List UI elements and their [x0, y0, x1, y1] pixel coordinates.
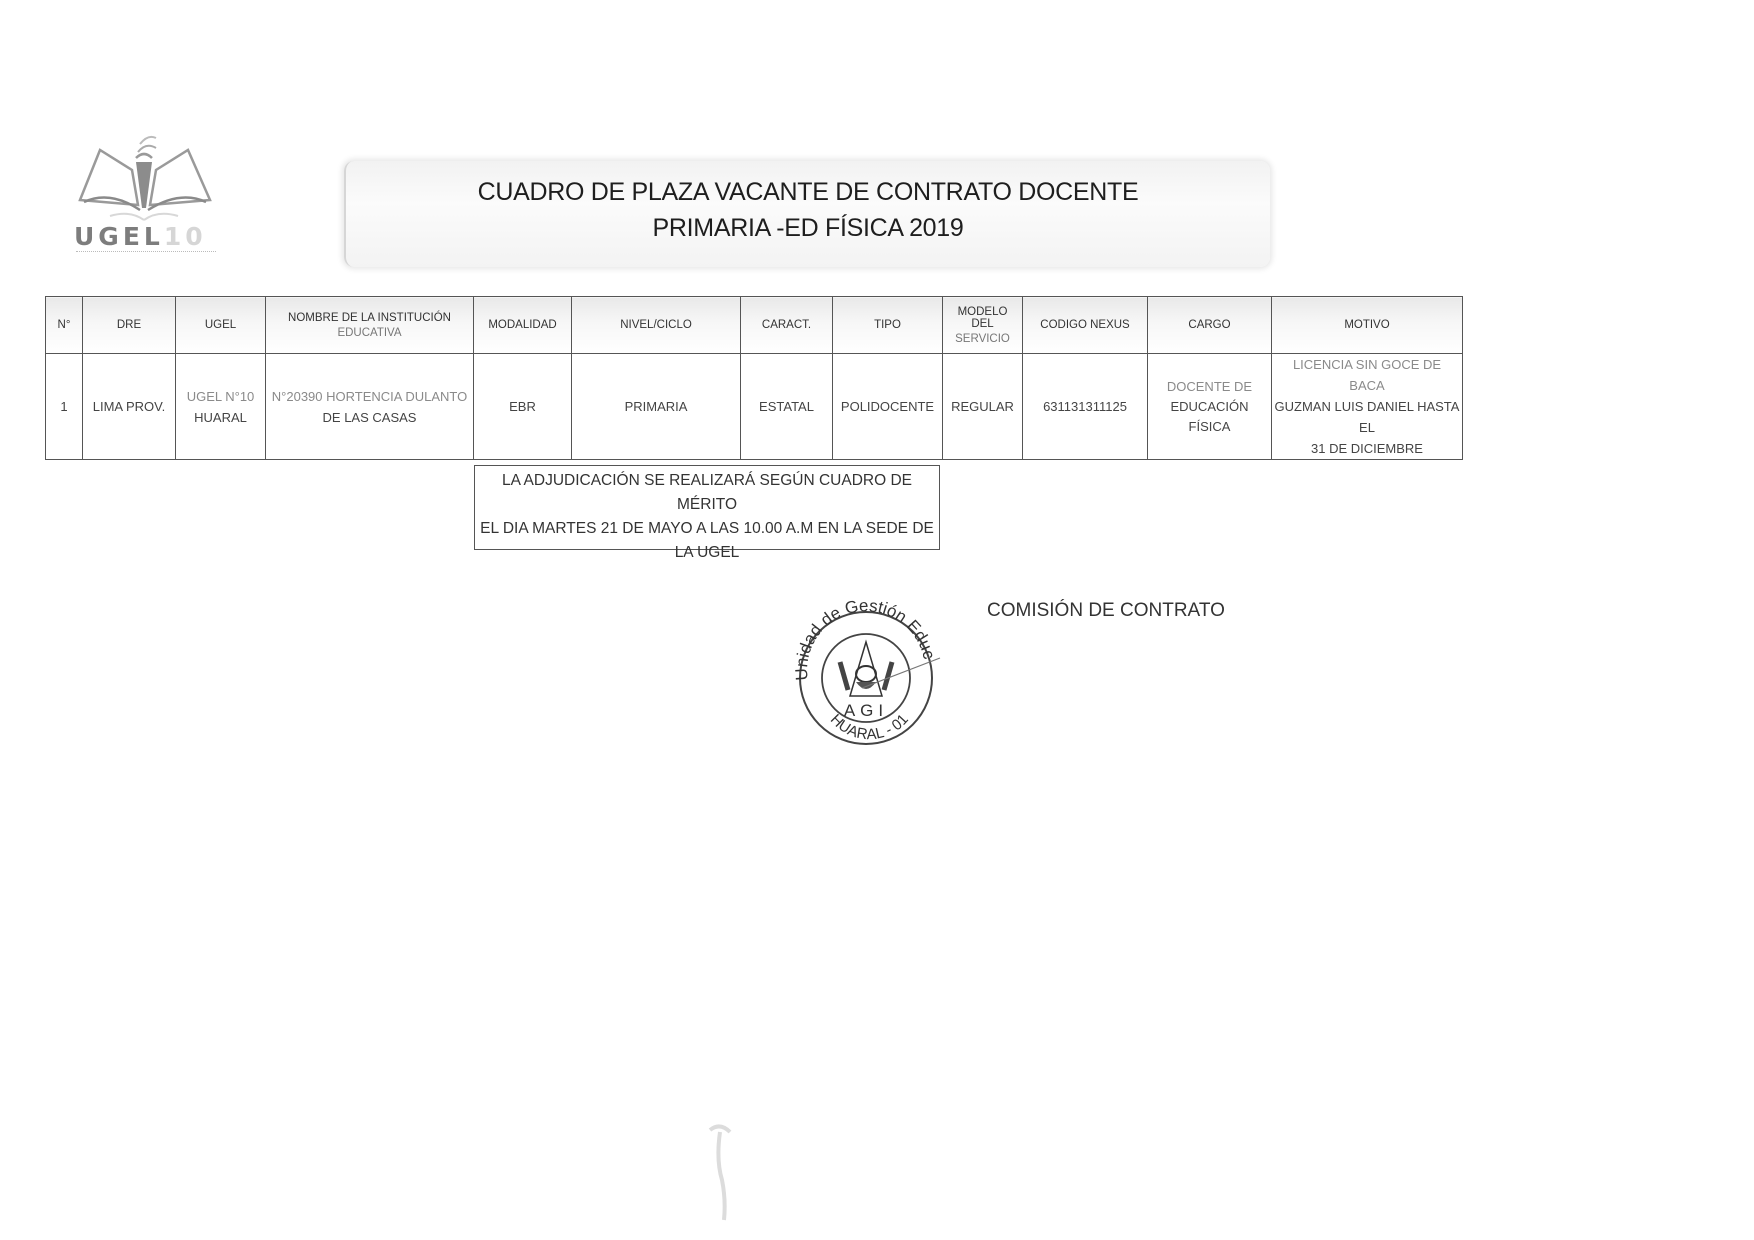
scan-artifact	[700, 1120, 740, 1230]
cell-caract: ESTATAL	[741, 354, 833, 460]
cell-nivel-ciclo: PRIMARIA	[572, 354, 741, 460]
col-caract: CARACT.	[741, 297, 833, 354]
page-title: CUADRO DE PLAZA VACANTE DE CONTRATO DOCE…	[346, 178, 1270, 207]
peru-coat-of-arms-icon: Unidad de Gestión Educativa HUARAL - 01 …	[790, 600, 945, 748]
ugel-logo: UGEL10	[70, 130, 220, 255]
col-cargo: CARGO	[1148, 297, 1272, 354]
col-codigo-nexus: CODIGO NEXUS	[1023, 297, 1148, 354]
adjudication-notice: LA ADJUDICACIÓN SE REALIZARÁ SEGÚN CUADR…	[474, 465, 940, 550]
col-modelo-servicio: MODELO DELSERVICIO	[943, 297, 1023, 354]
col-ugel: UGEL	[176, 297, 266, 354]
cell-cargo: DOCENTE DEEDUCACIÓN FÍSICA	[1148, 354, 1272, 460]
col-tipo: TIPO	[833, 297, 943, 354]
cell-ugel: UGEL N°10HUARAL	[176, 354, 266, 460]
cell-codigo-nexus: 631131311125	[1023, 354, 1148, 460]
col-nivel-ciclo: NIVEL/CICLO	[572, 297, 741, 354]
page-subtitle: PRIMARIA -ED FÍSICA 2019	[346, 214, 1270, 243]
official-stamp: Unidad de Gestión Educativa HUARAL - 01 …	[790, 600, 945, 748]
cell-motivo: LICENCIA SIN GOCE DE BACAGUZMAN LUIS DAN…	[1272, 354, 1463, 460]
cell-modelo-servicio: REGULAR	[943, 354, 1023, 460]
svg-text:AGI: AGI	[844, 701, 888, 720]
col-motivo: MOTIVO	[1272, 297, 1463, 354]
cell-modalidad: EBR	[474, 354, 572, 460]
svg-text:Unidad de Gestión Educativa: Unidad de Gestión Educativa	[790, 600, 939, 681]
col-modalidad: MODALIDAD	[474, 297, 572, 354]
cell-n: 1	[46, 354, 83, 460]
logo-text: UGEL10	[74, 222, 207, 251]
commission-label: COMISIÓN DE CONTRATO	[987, 600, 1225, 622]
vacancy-table: N° DRE UGEL NOMBRE DE LA INSTITUCIÓNEDUC…	[45, 296, 1463, 460]
title-banner: CUADRO DE PLAZA VACANTE DE CONTRATO DOCE…	[344, 161, 1270, 267]
torch-open-book-icon	[70, 130, 220, 225]
cell-institucion: N°20390 HORTENCIA DULANTODE LAS CASAS	[266, 354, 474, 460]
col-n: N°	[46, 297, 83, 354]
logo-tagline	[76, 251, 216, 254]
col-dre: DRE	[83, 297, 176, 354]
notice-line-3: LA UGEL	[475, 541, 939, 565]
notice-line-2: EL DIA MARTES 21 DE MAYO A LAS 10.00 A.M…	[475, 517, 939, 541]
table-row: 1 LIMA PROV. UGEL N°10HUARAL N°20390 HOR…	[46, 354, 1463, 460]
col-institucion: NOMBRE DE LA INSTITUCIÓNEDUCATIVA	[266, 297, 474, 354]
notice-line-1: LA ADJUDICACIÓN SE REALIZARÁ SEGÚN CUADR…	[475, 469, 939, 517]
cell-dre: LIMA PROV.	[83, 354, 176, 460]
cell-tipo: POLIDOCENTE	[833, 354, 943, 460]
table-header-row: N° DRE UGEL NOMBRE DE LA INSTITUCIÓNEDUC…	[46, 297, 1463, 354]
